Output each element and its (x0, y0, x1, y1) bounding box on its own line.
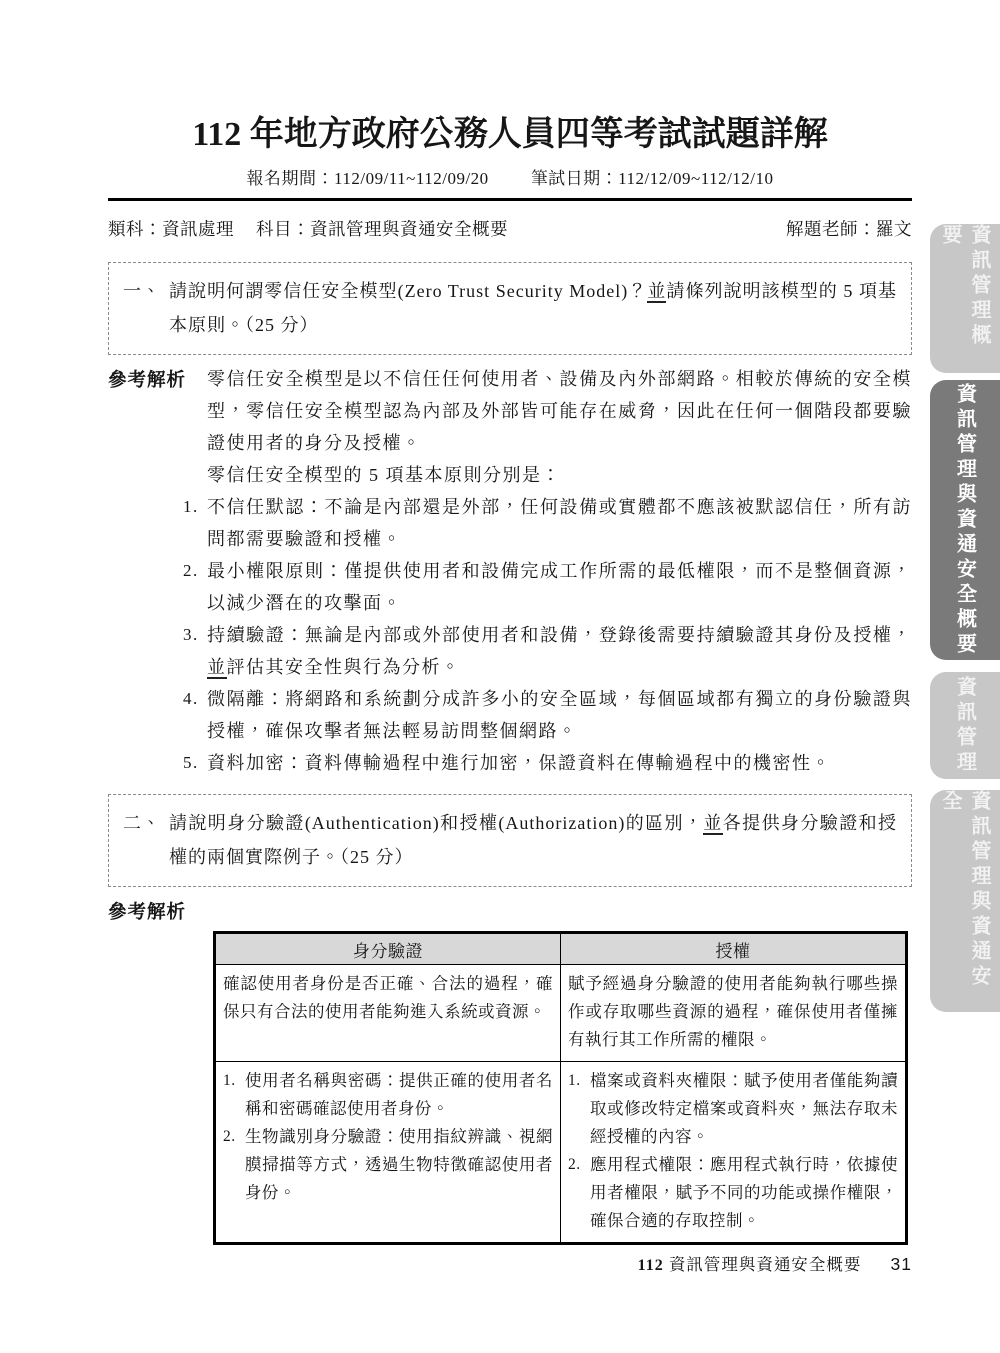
title-divider (108, 198, 912, 201)
footer-page-number: 31 (891, 1254, 912, 1274)
item-text: 最小權限原則：僅提供使用者和設備完成工作所需的最低權限，而不是整個資源，以減少潛… (207, 555, 912, 619)
question2-number: 二、 (123, 806, 169, 874)
item-number: 5. (183, 747, 207, 779)
question2-box: 二、 請說明身分驗證(Authentication)和授權(Authorizat… (108, 794, 912, 887)
item-number: 2. (183, 555, 207, 619)
analysis1-body: 零信任安全模型是以不信任任何使用者、設備及內外部網路。相較於傳統的安全模型，零信… (207, 363, 912, 779)
date-line: 報名期間：112/09/11~112/09/20 筆試日期：112/12/09~… (108, 164, 912, 189)
definition-authentication: 確認使用者身份是否正確、合法的過程，確保只有合法的使用者能夠進入系統或資源。 (223, 970, 553, 1026)
list-item: 1. 不信任默認：不論是內部還是外部，任何設備或實體都不應該被默認信任，所有訪問… (183, 491, 912, 555)
item-number: 1. (223, 1067, 245, 1123)
item-number: 3. (183, 619, 207, 683)
side-tab-information-management: 資訊管理 (930, 672, 1000, 779)
item-text: 使用者名稱與密碼：提供正確的使用者名稱和密碼確認使用者身份。 (245, 1067, 553, 1123)
question2-text: 請說明身分驗證(Authentication)和授權(Authorization… (169, 806, 897, 874)
examples-authentication-cell: 1. 使用者名稱與密碼：提供正確的使用者名稱和密碼確認使用者身份。 2. 生物識… (215, 1062, 561, 1244)
examples-authorization-cell: 1. 檔案或資料夾權限：賦予使用者僅能夠讀取或修改特定檔案或資料夾，無法存取未經… (561, 1062, 907, 1244)
example-item: 2. 生物識別身分驗證：使用指紋辨識、視網膜掃描等方式，透過生物特徵確認使用者身… (223, 1123, 553, 1207)
subject-label: 科目：資訊管理與資通安全概要 (256, 216, 508, 241)
question1-text: 請說明何謂零信任安全模型(Zero Trust Security Model)？… (169, 274, 897, 342)
side-tab-info-mgmt-and-comm-security-outline-active: 資訊管理與資通安全概要 (930, 380, 1000, 660)
definition-authorization-cell: 賦予經過身分驗證的使用者能夠執行哪些操作或存取哪些資源的過程，確保使用者僅擁有執… (561, 965, 907, 1062)
item-text-emphasis: 並 (207, 657, 227, 679)
meta-left: 類科：資訊處理 科目：資訊管理與資通安全概要 (108, 216, 508, 241)
table-examples-row: 1. 使用者名稱與密碼：提供正確的使用者名稱和密碼確認使用者身份。 2. 生物識… (215, 1062, 907, 1244)
registration-period: 報名期間：112/09/11~112/09/20 (246, 164, 488, 189)
item-text: 生物識別身分驗證：使用指紋辨識、視網膜掃描等方式，透過生物特徵確認使用者身份。 (245, 1123, 553, 1207)
question1-text-before: 請說明何謂零信任安全模型(Zero Trust Security Model)？ (169, 281, 647, 301)
question1-number: 一、 (123, 274, 169, 342)
list-item: 5. 資料加密：資料傳輸過程中進行加密，保證資料在傳輸過程中的機密性。 (183, 747, 912, 779)
definition-authentication-cell: 確認使用者身份是否正確、合法的過程，確保只有合法的使用者能夠進入系統或資源。 (215, 965, 561, 1062)
item-number: 2. (223, 1123, 245, 1207)
analysis1-paragraph2: 零信任安全模型的 5 項基本原則分別是： (207, 459, 912, 491)
item-text: 持續驗證：無論是內部或外部使用者和設備，登錄後需要持續驗證其身份及授權，並評估其… (207, 619, 912, 683)
list-item: 2. 最小權限原則：僅提供使用者和設備完成工作所需的最低權限，而不是整個資源，以… (183, 555, 912, 619)
table-header-authorization: 授權 (561, 933, 907, 965)
definition-authorization: 賦予經過身分驗證的使用者能夠執行哪些操作或存取哪些資源的過程，確保使用者僅擁有執… (568, 970, 898, 1054)
table-header-authentication: 身分驗證 (215, 933, 561, 965)
authentication-authorization-table: 身分驗證 授權 確認使用者身份是否正確、合法的過程，確保只有合法的使用者能夠進入… (213, 931, 908, 1245)
analysis1-paragraph1: 零信任安全模型是以不信任任何使用者、設備及內外部網路。相較於傳統的安全模型，零信… (207, 363, 912, 459)
analysis1-section: 參考解析 零信任安全模型是以不信任任何使用者、設備及內外部網路。相較於傳統的安全… (108, 363, 912, 779)
item-text: 檔案或資料夾權限：賦予使用者僅能夠讀取或修改特定檔案或資料夾，無法存取未經授權的… (590, 1067, 898, 1151)
example-item: 1. 使用者名稱與密碼：提供正確的使用者名稱和密碼確認使用者身份。 (223, 1067, 553, 1123)
item-text-segment: 評估其安全性與行為分析。 (227, 657, 461, 677)
example-item: 2. 應用程式權限：應用程式執行時，依據使用者權限，賦予不同的功能或操作權限，確… (568, 1151, 898, 1235)
item-number: 2. (568, 1151, 590, 1235)
question1-row: 一、 請說明何謂零信任安全模型(Zero Trust Security Mode… (123, 274, 897, 342)
side-tab-info-mgmt-and-comm-security: 資訊管理與資通安全 (930, 790, 1000, 1012)
item-text-segment: 持續驗證：無論是內部或外部使用者和設備，登錄後需要持續驗證其身份及授權， (207, 625, 912, 645)
item-text: 資料加密：資料傳輸過程中進行加密，保證資料在傳輸過程中的機密性。 (207, 747, 912, 779)
page-footer: 112 資訊管理與資通安全概要 31 (108, 1251, 912, 1275)
item-text: 微隔離：將網路和系統劃分成許多小的安全區域，每個區域都有獨立的身份驗證與授權，確… (207, 683, 912, 747)
table-header-row: 身分驗證 授權 (215, 933, 907, 965)
item-number: 1. (183, 491, 207, 555)
footer-subject: 資訊管理與資通安全概要 (669, 1255, 862, 1274)
item-number: 4. (183, 683, 207, 747)
scanned-book-page: 112 年地方政府公務人員四等考試試題詳解 報名期間：112/09/11~112… (0, 0, 1000, 1353)
question2-row: 二、 請說明身分驗證(Authentication)和授權(Authorizat… (123, 806, 897, 874)
side-tab-information-management-outline: 資訊管理概要 (930, 224, 1000, 373)
item-text: 不信任默認：不論是內部還是外部，任何設備或實體都不應該被默認信任，所有訪問都需要… (207, 491, 912, 555)
category-label: 類科：資訊處理 (108, 216, 234, 241)
question1-emphasis: 並 (647, 281, 666, 303)
footer-edition: 112 (638, 1257, 664, 1274)
question1-box: 一、 請說明何謂零信任安全模型(Zero Trust Security Mode… (108, 262, 912, 355)
teacher-label: 解題老師：羅文 (786, 216, 912, 241)
question2-text-before: 請說明身分驗證(Authentication)和授權(Authorization… (169, 813, 703, 833)
exam-date: 筆試日期：112/12/09~112/12/10 (531, 164, 774, 189)
meta-line: 類科：資訊處理 科目：資訊管理與資通安全概要 解題老師：羅文 (108, 216, 912, 241)
item-text: 應用程式權限：應用程式執行時，依據使用者權限，賦予不同的功能或操作權限，確保合適… (590, 1151, 898, 1235)
table-definition-row: 確認使用者身份是否正確、合法的過程，確保只有合法的使用者能夠進入系統或資源。 賦… (215, 965, 907, 1062)
page-content: 112 年地方政府公務人員四等考試試題詳解 報名期間：112/09/11~112… (108, 0, 912, 1245)
list-item: 3. 持續驗證：無論是內部或外部使用者和設備，登錄後需要持續驗證其身份及授權，並… (183, 619, 912, 683)
example-item: 1. 檔案或資料夾權限：賦予使用者僅能夠讀取或修改特定檔案或資料夾，無法存取未經… (568, 1067, 898, 1151)
question2-emphasis: 並 (703, 813, 722, 835)
analysis2-label: 參考解析 (108, 898, 912, 924)
list-item: 4. 微隔離：將網路和系統劃分成許多小的安全區域，每個區域都有獨立的身份驗證與授… (183, 683, 912, 747)
item-number: 1. (568, 1067, 590, 1151)
page-title: 112 年地方政府公務人員四等考試試題詳解 (108, 106, 912, 155)
